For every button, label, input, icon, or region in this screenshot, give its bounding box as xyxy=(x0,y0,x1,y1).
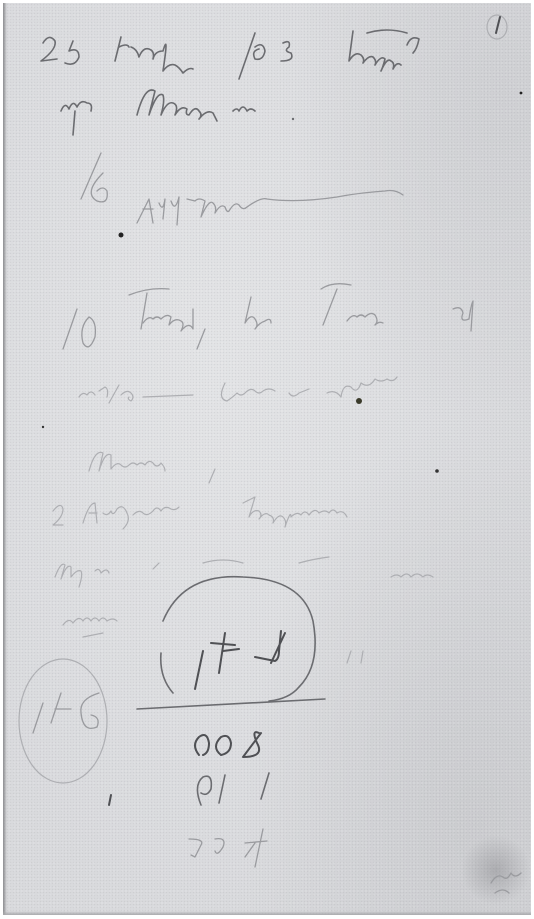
calc-number-422: 422 xyxy=(189,827,246,862)
manuscript-line-6: Москва; xyxy=(89,451,192,479)
manuscript-line-3: 16. Апрѣля xyxy=(63,183,284,224)
line-5-ink xyxy=(79,377,397,403)
stray-dot xyxy=(42,426,44,428)
manuscript-line-7: 2 Августа, … xyxy=(49,503,206,528)
manuscript-line-4: 10 Іюня, въ Ясной xyxy=(59,303,349,338)
calc-circled-146: 146 xyxy=(31,691,100,732)
manuscript-line-5: … xyxy=(79,381,99,405)
manuscript-line-1: 25 Ноября /63 выѣздъ xyxy=(39,33,375,66)
manuscript-line-9: … xyxy=(61,611,79,632)
handwriting-ink xyxy=(3,3,531,915)
calc-number-119: 119 xyxy=(193,775,250,810)
stray-mark xyxy=(109,795,111,805)
line-8-ink xyxy=(55,557,433,587)
manuscript-line-2: изъ Москвы. xyxy=(59,95,219,123)
calc-circled-741: 741 xyxy=(189,631,265,677)
corner-scribble xyxy=(491,873,521,893)
manuscript-line-8: … xyxy=(53,559,73,583)
page-number: 1 xyxy=(491,15,500,31)
manuscript-page: 25 Ноября /63 выѣздъ изъ Москвы. 16. Апр… xyxy=(3,3,531,915)
stray-dot xyxy=(520,92,523,95)
calc-number-200: 200 xyxy=(193,731,250,766)
